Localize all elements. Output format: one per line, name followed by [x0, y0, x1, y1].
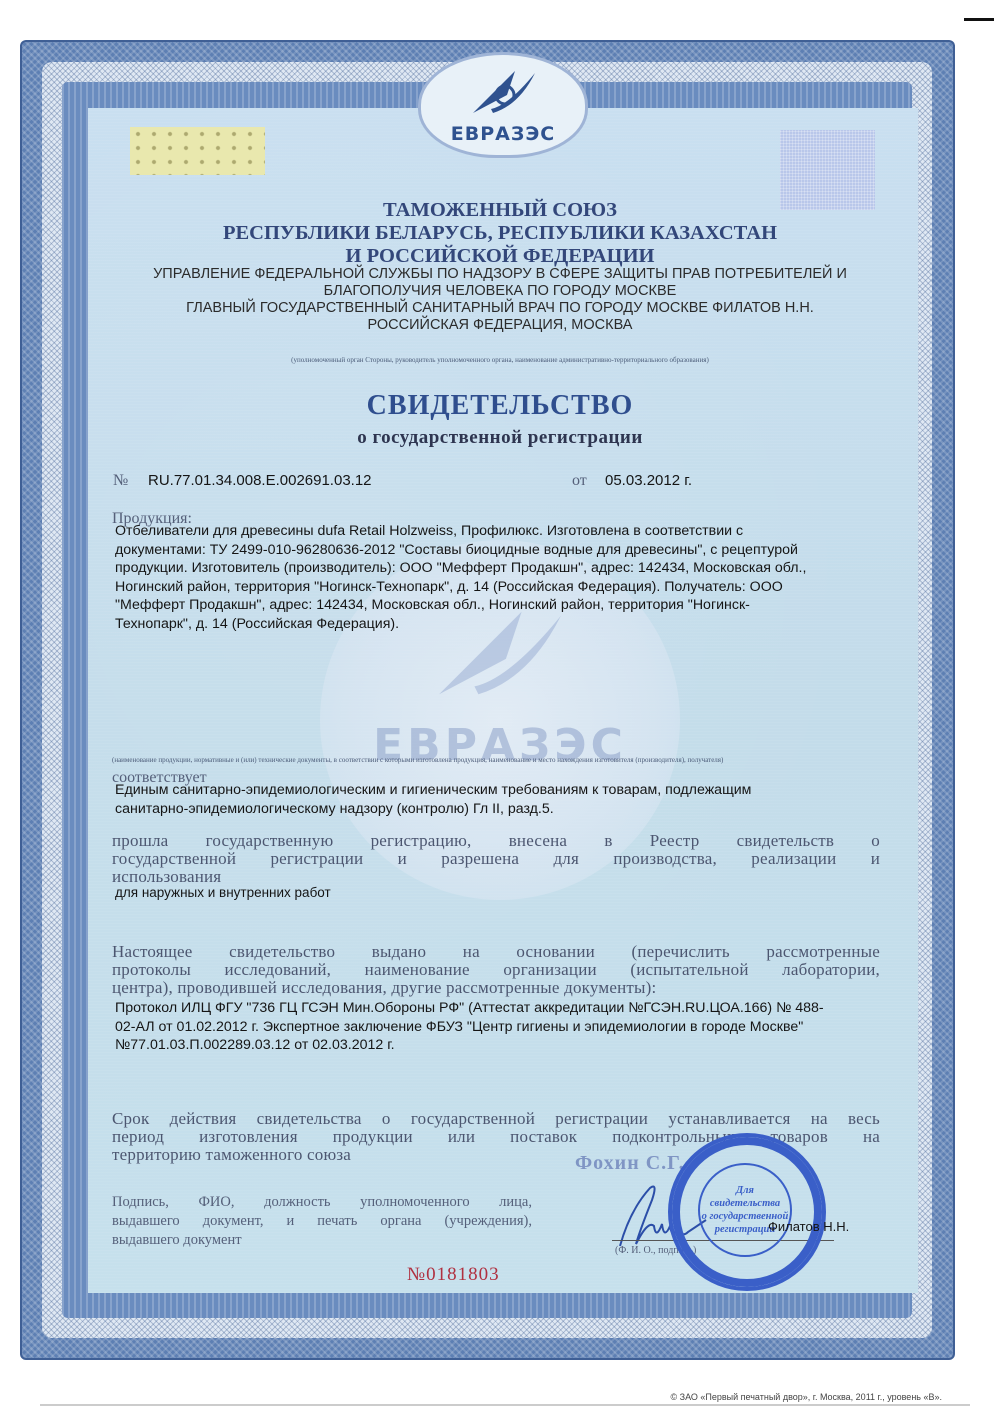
scan-mark — [964, 18, 994, 21]
basis-line: центра), проводившей исследования, други… — [112, 979, 880, 997]
signature-instruction-line: Подпись, ФИО, должность уполномоченного … — [112, 1193, 532, 1212]
product-line: Отбеливатели для древесины dufa Retail H… — [115, 522, 875, 541]
union-line-1: ТАМОЖЕННЫЙ СОЮЗ — [100, 199, 900, 222]
date-label: от — [572, 472, 587, 490]
page-edge-shadow — [40, 1404, 970, 1406]
union-heading: ТАМОЖЕННЫЙ СОЮЗ РЕСПУБЛИКИ БЕЛАРУСЬ, РЕС… — [100, 199, 900, 268]
eurasec-logo: ЕВРАЗЭС — [418, 52, 588, 158]
product-line: "Мефферт Продакшн", адрес: 142434, Моско… — [115, 596, 875, 615]
guilloche-pattern — [780, 130, 875, 210]
blank-serial-number: №0181803 — [407, 1264, 500, 1286]
basis-statement: Настоящее свидетельство выдано на основа… — [112, 943, 880, 997]
signature-instruction-line: выдавшего документ — [112, 1231, 532, 1250]
agency-line-2: БЛАГОПОЛУЧИЯ ЧЕЛОВЕКА ПО ГОРОДУ МОСКВЕ — [110, 283, 890, 300]
basis-document-line: №77.01.03.П.002289.03.12 от 02.03.2012 г… — [115, 1036, 885, 1055]
stamp-line: свидетельства — [700, 1197, 790, 1210]
usage-scope: для наружных и внутренних работ — [115, 884, 331, 903]
eurasec-emblem-icon — [469, 65, 539, 121]
basis-line: Настоящее свидетельство выдано на основа… — [112, 943, 880, 961]
product-line: документами: ТУ 2499-010-96280636-2012 "… — [115, 541, 875, 560]
statement-line: государственной регистрации и разрешена … — [112, 850, 880, 868]
union-line-2: РЕСПУБЛИКИ БЕЛАРУСЬ, РЕСПУБЛИКИ КАЗАХСТА… — [100, 222, 900, 245]
basis-document-line: Протокол ИЛЦ ФГУ "736 ГЦ ГСЭН Мин.Оборон… — [115, 999, 885, 1018]
basis-document-line: 02-АЛ от 01.02.2012 г. Экспертное заключ… — [115, 1018, 885, 1037]
logo-text: ЕВРАЗЭС — [421, 123, 585, 145]
hologram-strip — [130, 127, 265, 175]
product-description: Отбеливатели для древесины dufa Retail H… — [115, 522, 875, 633]
validity-line: Срок действия свидетельства о государств… — [112, 1110, 880, 1128]
stamp-name-imprint: Фохин С.Г. — [575, 1152, 685, 1175]
statement-line: прошла государственную регистрацию, внес… — [112, 832, 880, 850]
signature-instructions: Подпись, ФИО, должность уполномоченного … — [112, 1193, 532, 1250]
product-line: Технопарк", д. 14 (Российская Федерация)… — [115, 615, 875, 634]
agency-line-3: ГЛАВНЫЙ ГОСУДАРСТВЕННЫЙ САНИТАРНЫЙ ВРАЧ … — [110, 300, 890, 317]
stamp-line: Для — [700, 1184, 790, 1197]
product-line: продукции. Изготовитель (производитель):… — [115, 559, 875, 578]
registration-number: RU.77.01.34.008.Е.002691.03.12 — [148, 472, 372, 491]
signature-instruction-line: выдавшего документ, и печать органа (учр… — [112, 1212, 532, 1231]
agency-line-1: УПРАВЛЕНИЕ ФЕДЕРАЛЬНОЙ СЛУЖБЫ ПО НАДЗОРУ… — [110, 266, 890, 283]
compliance-line: Единым санитарно-эпидемиологическим и ги… — [115, 781, 875, 800]
certificate-title: СВИДЕТЕЛЬСТВО — [100, 390, 900, 422]
product-line: Ногинский район, территория "Ногинск-Тех… — [115, 578, 875, 597]
compliance-requirements: Единым санитарно-эпидемиологическим и ги… — [115, 781, 875, 818]
registration-date: 05.03.2012 г. — [605, 472, 692, 491]
stamp-center-text: Для свидетельства о государственной реги… — [698, 1163, 792, 1257]
printer-copyright: © ЗАО «Первый печатный двор», г. Москва,… — [671, 1392, 942, 1402]
registration-statement: прошла государственную регистрацию, внес… — [112, 832, 880, 886]
union-line-3: И РОССИЙСКОЙ ФЕДЕРАЦИИ — [100, 245, 900, 268]
official-stamp: Для свидетельства о государственной реги… — [668, 1133, 826, 1291]
basis-line: протоколы исследований, наименование орг… — [112, 961, 880, 979]
number-label: № — [113, 472, 128, 490]
signer-name: Филатов Н.Н. — [768, 1219, 849, 1234]
agency-line-4: РОССИЙСКАЯ ФЕДЕРАЦИЯ, МОСКВА — [110, 317, 890, 334]
basis-documents: Протокол ИЛЦ ФГУ "736 ГЦ ГСЭН Мин.Оборон… — [115, 999, 885, 1055]
issuing-agency: УПРАВЛЕНИЕ ФЕДЕРАЛЬНОЙ СЛУЖБЫ ПО НАДЗОРУ… — [110, 266, 890, 334]
agency-caption: (уполномоченный орган Стороны, руководит… — [100, 356, 900, 365]
certificate-subtitle: о государственной регистрации — [100, 427, 900, 449]
product-caption: (наименование продукции, нормативные и (… — [112, 756, 888, 765]
compliance-line: санитарно-эпидемиологическому надзору (к… — [115, 800, 875, 819]
